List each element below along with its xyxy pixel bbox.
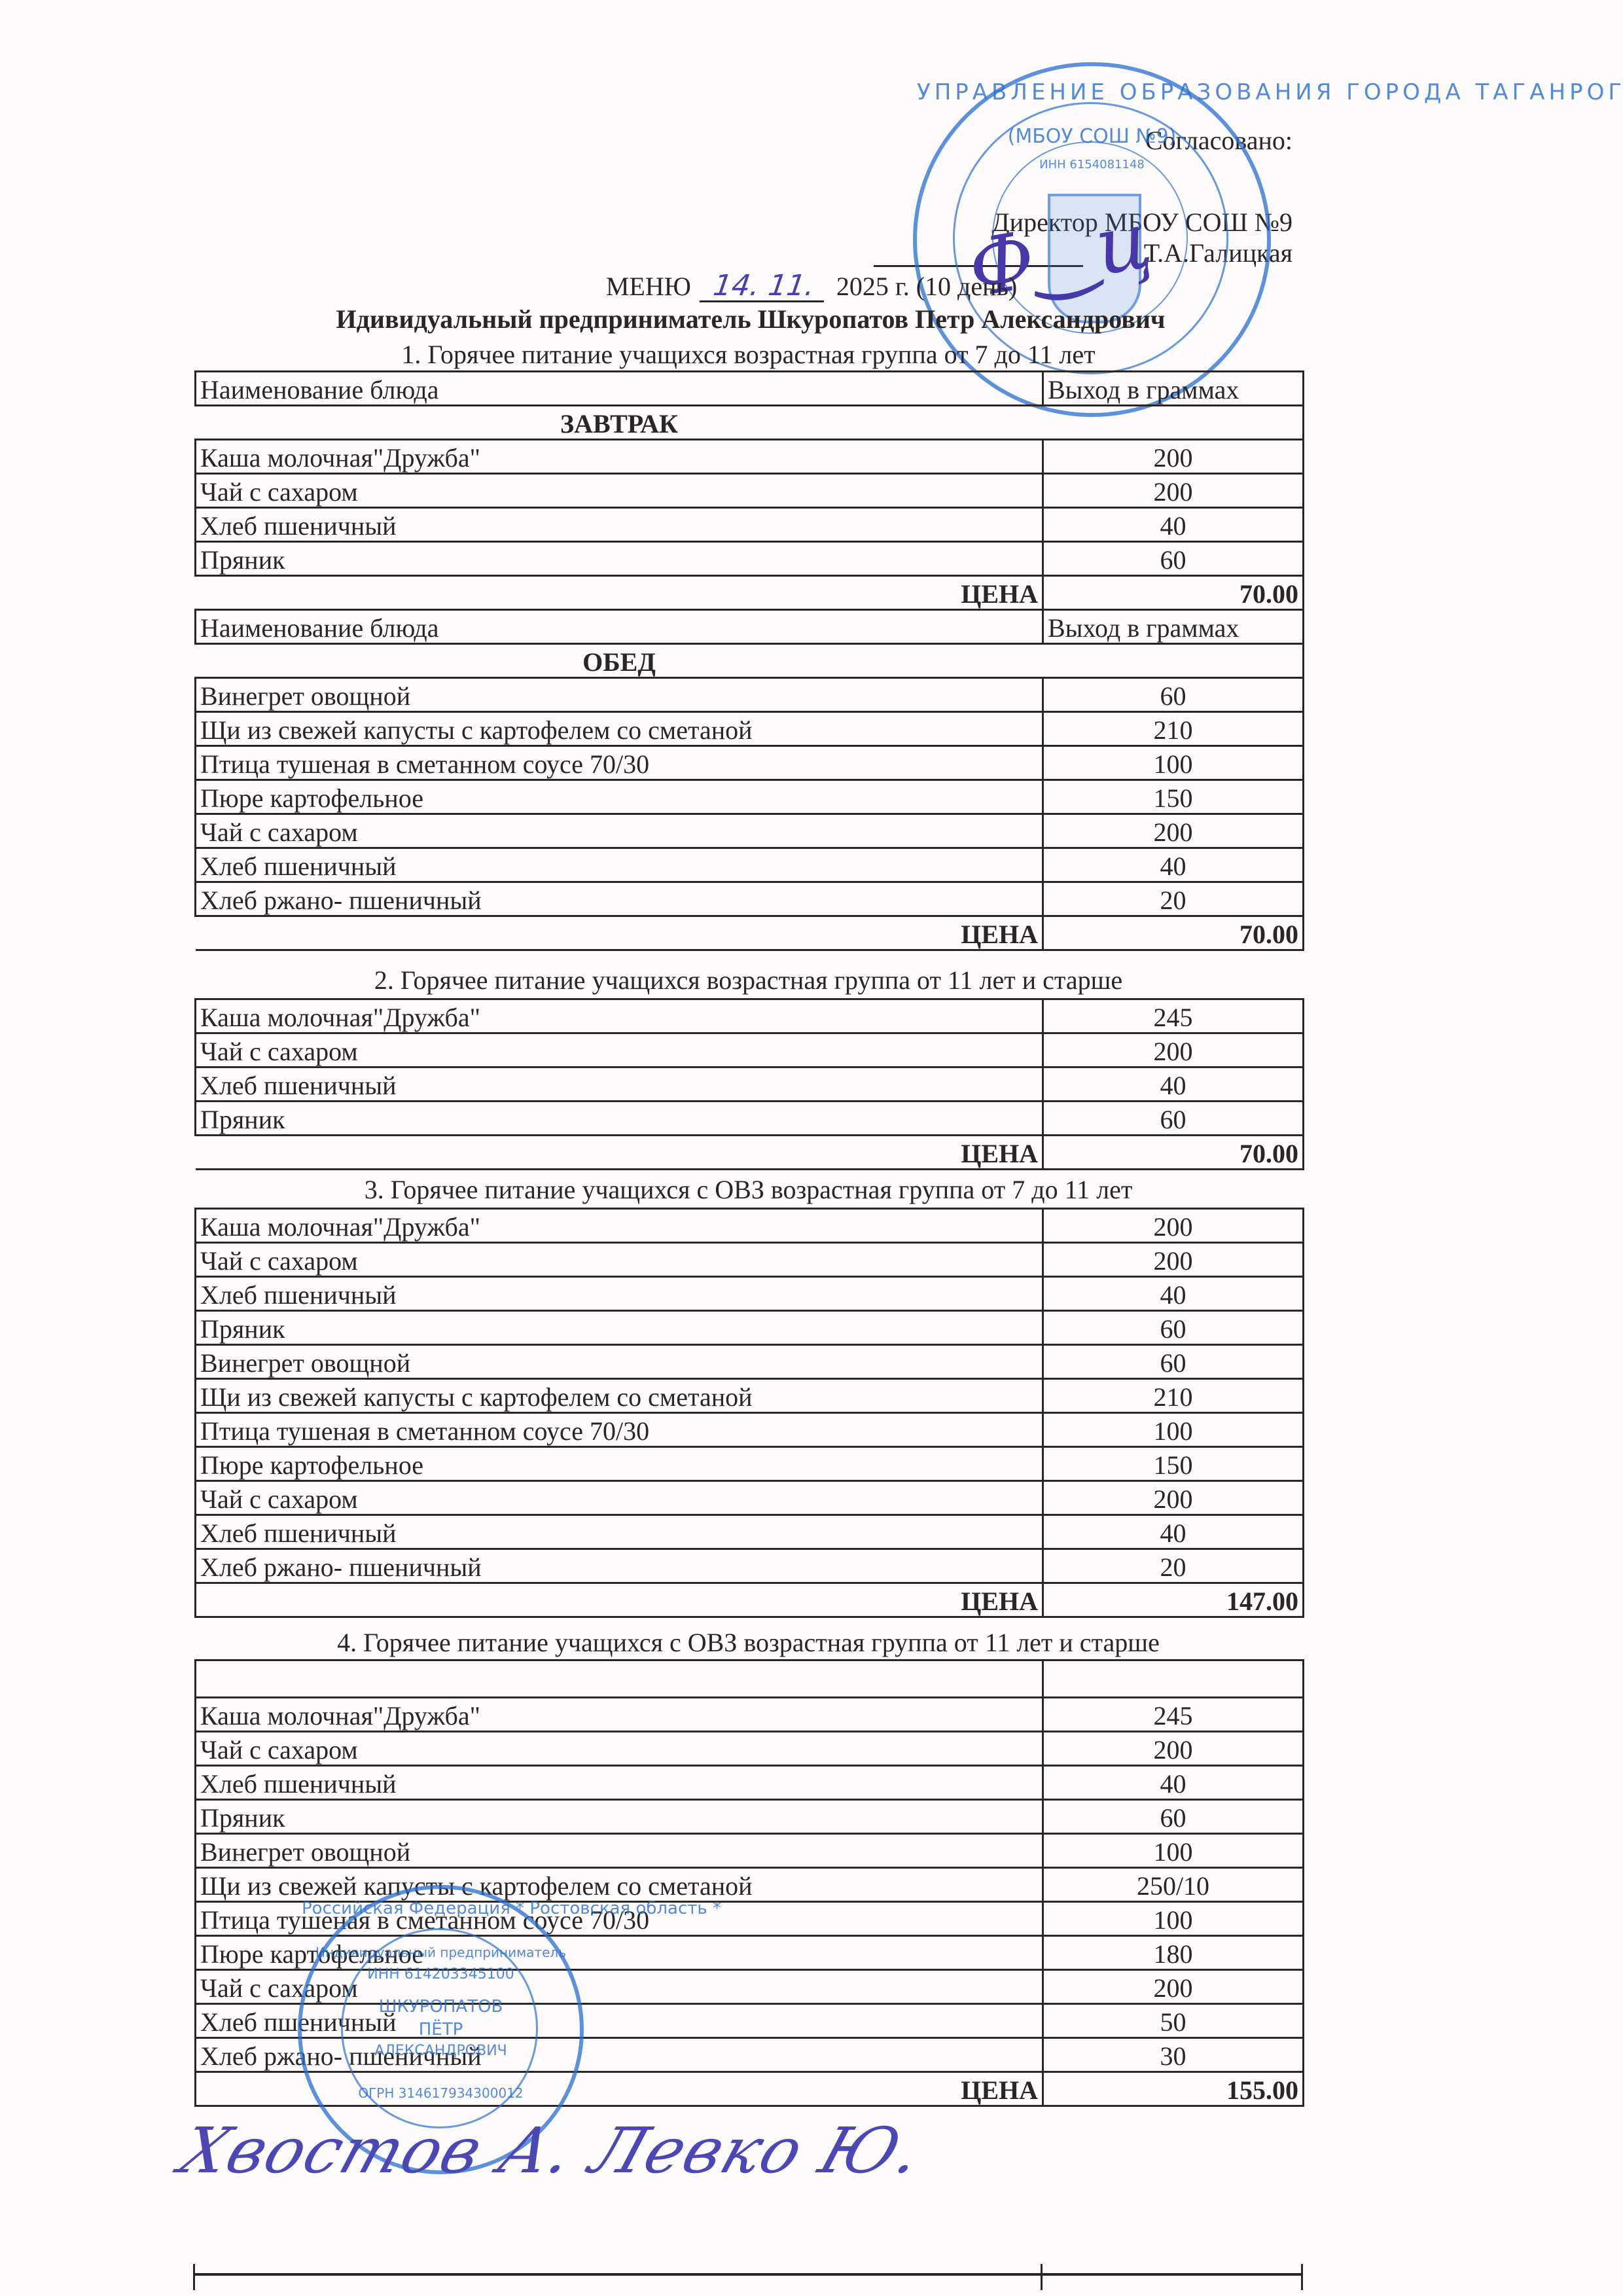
dish-name: Пряник (196, 1311, 1043, 1345)
price-row: ЦЕНА70.00 (196, 576, 1304, 610)
menu-item-row: Хлеб пшеничный40 (196, 1766, 1304, 1800)
dish-grams: 20 (1043, 1549, 1304, 1583)
column-header-yield: Выход в граммах (1043, 610, 1304, 644)
dish-grams: 245 (1043, 1698, 1304, 1732)
price-label: ЦЕНА (196, 1583, 1043, 1617)
menu-item-row: Пряник60 (196, 1311, 1304, 1345)
menu-title: МЕНЮ 14. 11. 2025 г. (10 день) (0, 272, 1623, 302)
section-2-title: 2. Горячее питание учащихся возрастная г… (194, 967, 1302, 994)
menu-item-row: Чай с сахаром200 (196, 1243, 1304, 1277)
section-2-table: Каша молочная"Дружба"245Чай с сахаром200… (194, 998, 1304, 1170)
menu-item-row: Винегрет овощной60 (196, 1345, 1304, 1379)
dish-grams: 250/10 (1043, 1868, 1304, 1902)
column-header-row: Наименование блюдаВыход в граммах (196, 610, 1304, 644)
menu-item-row: Каша молочная"Дружба"245 (196, 999, 1304, 1033)
menu-item-row: Хлеб пшеничный40 (196, 1067, 1304, 1102)
menu-item-row: Чай с сахаром200 (196, 814, 1304, 848)
menu-item-row: Щи из свежей капусты с картофелем со сме… (196, 1379, 1304, 1413)
menu-item-row: Хлеб ржано- пшеничный20 (196, 1549, 1304, 1583)
menu-item-row: Каша молочная"Дружба"200 (196, 1209, 1304, 1243)
menu-item-row: Пряник60 (196, 1800, 1304, 1834)
menu-item-row: Птица тушеная в сметанном соусе 70/30100 (196, 746, 1304, 780)
dish-name: Чай с сахаром (196, 474, 1043, 508)
dish-grams: 200 (1043, 1481, 1304, 1515)
column-header-dish: Наименование блюда (196, 372, 1043, 406)
dish-name: Пряник (196, 542, 1043, 576)
dish-name: Чай с сахаром (196, 1732, 1043, 1766)
dish-grams: 210 (1043, 712, 1304, 746)
dish-name: Каша молочная"Дружба" (196, 440, 1043, 474)
dish-grams: 30 (1043, 2038, 1304, 2072)
dish-name: Пюре картофельное (196, 780, 1043, 814)
dish-grams: 180 (1043, 1936, 1304, 1970)
dish-grams: 100 (1043, 746, 1304, 780)
dish-grams: 40 (1043, 1277, 1304, 1311)
column-header-row: Наименование блюдаВыход в граммах (196, 372, 1304, 406)
dish-name: Винегрет овощной (196, 1345, 1043, 1379)
meal-heading-spacer (1043, 406, 1304, 440)
dish-grams: 200 (1043, 1970, 1304, 2004)
price-value: 70.00 (1043, 1136, 1304, 1170)
menu-item-row: Чай с сахаром200 (196, 1970, 1304, 2004)
dish-grams: 60 (1043, 542, 1304, 576)
empty-row (196, 1660, 1304, 1698)
footer-handwritten-signatures: Хвостов А. Левко Ю. (171, 2114, 933, 2187)
menu-item-row: Винегрет овощной100 (196, 1834, 1304, 1868)
dish-name: Каша молочная"Дружба" (196, 1698, 1043, 1732)
menu-item-row: Пряник60 (196, 1102, 1304, 1136)
dish-name: Щи из свежей капусты с картофелем со сме… (196, 1868, 1043, 1902)
price-label: ЦЕНА (196, 1136, 1043, 1170)
dish-name: Чай с сахаром (196, 1033, 1043, 1067)
dish-name: Хлеб пшеничный (196, 2004, 1043, 2038)
dish-grams: 200 (1043, 1209, 1304, 1243)
dish-name: Чай с сахаром (196, 1243, 1043, 1277)
dish-name: Хлеб пшеничный (196, 1766, 1043, 1800)
dish-name: Пюре картофельное (196, 1936, 1043, 1970)
menu-item-row: Винегрет овощной60 (196, 678, 1304, 712)
menu-item-row: Хлеб пшеничный40 (196, 508, 1304, 542)
empty-cell (1043, 1660, 1304, 1698)
approval-label: Согласовано: (1145, 128, 1293, 154)
menu-item-row: Каша молочная"Дружба"200 (196, 440, 1304, 474)
menu-item-row: Щи из свежей капусты с картофелем со сме… (196, 712, 1304, 746)
school-stamp-inn-text: ИНН 6154081148 (917, 158, 1267, 171)
dish-grams: 200 (1043, 1732, 1304, 1766)
empty-cell (196, 1660, 1043, 1698)
dish-grams: 40 (1043, 508, 1304, 542)
column-header-yield: Выход в граммах (1043, 372, 1304, 406)
dish-name: Пряник (196, 1800, 1043, 1834)
price-row: ЦЕНА155.00 (196, 2072, 1304, 2106)
menu-year-day: 2025 г. (10 день) (836, 272, 1017, 301)
meal-heading-row: ОБЕД (196, 644, 1304, 678)
dish-grams: 60 (1043, 678, 1304, 712)
dish-grams: 60 (1043, 1345, 1304, 1379)
dish-name: Каша молочная"Дружба" (196, 999, 1043, 1033)
dish-name: Хлеб пшеничный (196, 1067, 1043, 1102)
dish-grams: 200 (1043, 440, 1304, 474)
dish-name: Хлеб пшеничный (196, 1277, 1043, 1311)
price-label: ЦЕНА (196, 916, 1043, 950)
dish-name: Хлеб ржано- пшеничный (196, 882, 1043, 916)
dish-grams: 20 (1043, 882, 1304, 916)
dish-name: Пюре картофельное (196, 1447, 1043, 1481)
menu-item-row: Чай с сахаром200 (196, 474, 1304, 508)
price-value: 70.00 (1043, 576, 1304, 610)
price-value: 155.00 (1043, 2072, 1304, 2106)
dish-name: Хлеб пшеничный (196, 1515, 1043, 1549)
dish-grams: 100 (1043, 1902, 1304, 1936)
menu-item-row: Хлеб пшеничный40 (196, 1515, 1304, 1549)
approval-name: Т.А.Галицкая (1144, 240, 1293, 266)
menu-item-row: Пюре картофельное150 (196, 780, 1304, 814)
dish-name: Каша молочная"Дружба" (196, 1209, 1043, 1243)
menu-item-row: Птица тушеная в сметанном соусе 70/30100 (196, 1413, 1304, 1447)
section-4-title: 4. Горячее питание учащихся с ОВЗ возрас… (194, 1630, 1302, 1656)
price-label: ЦЕНА (196, 576, 1043, 610)
menu-item-row: Хлеб пшеничный40 (196, 1277, 1304, 1311)
dish-name: Винегрет овощной (196, 678, 1043, 712)
menu-item-row: Пюре картофельное180 (196, 1936, 1304, 1970)
dish-grams: 100 (1043, 1834, 1304, 1868)
dish-name: Хлеб пшеничный (196, 848, 1043, 882)
dish-name: Винегрет овощной (196, 1834, 1043, 1868)
meal-heading: ОБЕД (196, 644, 1043, 678)
dish-name: Хлеб ржано- пшеничный (196, 2038, 1043, 2072)
menu-item-row: Чай с сахаром200 (196, 1481, 1304, 1515)
section-3-table: Каша молочная"Дружба"200Чай с сахаром200… (194, 1208, 1304, 1618)
dish-name: Хлеб ржано- пшеничный (196, 1549, 1043, 1583)
dish-grams: 200 (1043, 1033, 1304, 1067)
price-value: 147.00 (1043, 1583, 1304, 1617)
dish-grams: 210 (1043, 1379, 1304, 1413)
next-page-table-edge (194, 2273, 1302, 2276)
column-header-dish: Наименование блюда (196, 610, 1043, 644)
dish-grams: 50 (1043, 2004, 1304, 2038)
meal-heading: ЗАВТРАК (196, 406, 1043, 440)
dish-name: Чай с сахаром (196, 1970, 1043, 2004)
menu-item-row: Чай с сахаром200 (196, 1033, 1304, 1067)
price-value: 70.00 (1043, 916, 1304, 950)
menu-item-row: Хлеб ржано- пшеничный30 (196, 2038, 1304, 2072)
dish-grams: 150 (1043, 780, 1304, 814)
menu-word: МЕНЮ (606, 272, 691, 301)
dish-name: Птица тушеная в сметанном соусе 70/30 (196, 1902, 1043, 1936)
price-row: ЦЕНА147.00 (196, 1583, 1304, 1617)
menu-item-row: Каша молочная"Дружба"245 (196, 1698, 1304, 1732)
price-label: ЦЕНА (196, 2072, 1043, 2106)
dish-grams: 245 (1043, 999, 1304, 1033)
provider-name: Идивидуальный предприниматель Шкуропатов… (0, 306, 1501, 332)
meal-heading-row: ЗАВТРАК (196, 406, 1304, 440)
section-4-table: Каша молочная"Дружба"245Чай с сахаром200… (194, 1659, 1304, 2107)
dish-grams: 60 (1043, 1102, 1304, 1136)
menu-item-row: Чай с сахаром200 (196, 1732, 1304, 1766)
school-stamp-outer-text: УПРАВЛЕНИЕ ОБРАЗОВАНИЯ ГОРОДА ТАГАНРОГА (917, 79, 1267, 105)
dish-grams: 200 (1043, 1243, 1304, 1277)
price-row: ЦЕНА70.00 (196, 1136, 1304, 1170)
menu-item-row: Хлеб пшеничный50 (196, 2004, 1304, 2038)
section-3-title: 3. Горячее питание учащихся с ОВЗ возрас… (194, 1177, 1302, 1203)
dish-grams: 40 (1043, 848, 1304, 882)
menu-item-row: Пряник60 (196, 542, 1304, 576)
dish-grams: 40 (1043, 1515, 1304, 1549)
dish-grams: 60 (1043, 1311, 1304, 1345)
price-row: ЦЕНА70.00 (196, 916, 1304, 950)
meal-heading-spacer (1043, 644, 1304, 678)
dish-name: Птица тушеная в сметанном соусе 70/30 (196, 746, 1043, 780)
dish-grams: 200 (1043, 814, 1304, 848)
dish-name: Птица тушеная в сметанном соусе 70/30 (196, 1413, 1043, 1447)
menu-date-handwritten: 14. 11. (700, 272, 829, 302)
section-1-title: 1. Горячее питание учащихся возрастная г… (194, 342, 1302, 368)
dish-grams: 40 (1043, 1067, 1304, 1102)
dish-name: Хлеб пшеничный (196, 508, 1043, 542)
dish-grams: 100 (1043, 1413, 1304, 1447)
dish-grams: 200 (1043, 474, 1304, 508)
menu-item-row: Щи из свежей капусты с картофелем со сме… (196, 1868, 1304, 1902)
menu-item-row: Хлеб ржано- пшеничный20 (196, 882, 1304, 916)
dish-grams: 150 (1043, 1447, 1304, 1481)
menu-item-row: Пюре картофельное150 (196, 1447, 1304, 1481)
dish-name: Чай с сахаром (196, 1481, 1043, 1515)
dish-grams: 60 (1043, 1800, 1304, 1834)
dish-name: Щи из свежей капусты с картофелем со сме… (196, 1379, 1043, 1413)
section-1-table: Наименование блюдаВыход в граммахЗАВТРАК… (194, 370, 1304, 951)
dish-name: Щи из свежей капусты с картофелем со сме… (196, 712, 1043, 746)
dish-name: Чай с сахаром (196, 814, 1043, 848)
menu-item-row: Птица тушеная в сметанном соусе 70/30100 (196, 1902, 1304, 1936)
dish-grams: 40 (1043, 1766, 1304, 1800)
menu-item-row: Хлеб пшеничный40 (196, 848, 1304, 882)
dish-name: Пряник (196, 1102, 1043, 1136)
